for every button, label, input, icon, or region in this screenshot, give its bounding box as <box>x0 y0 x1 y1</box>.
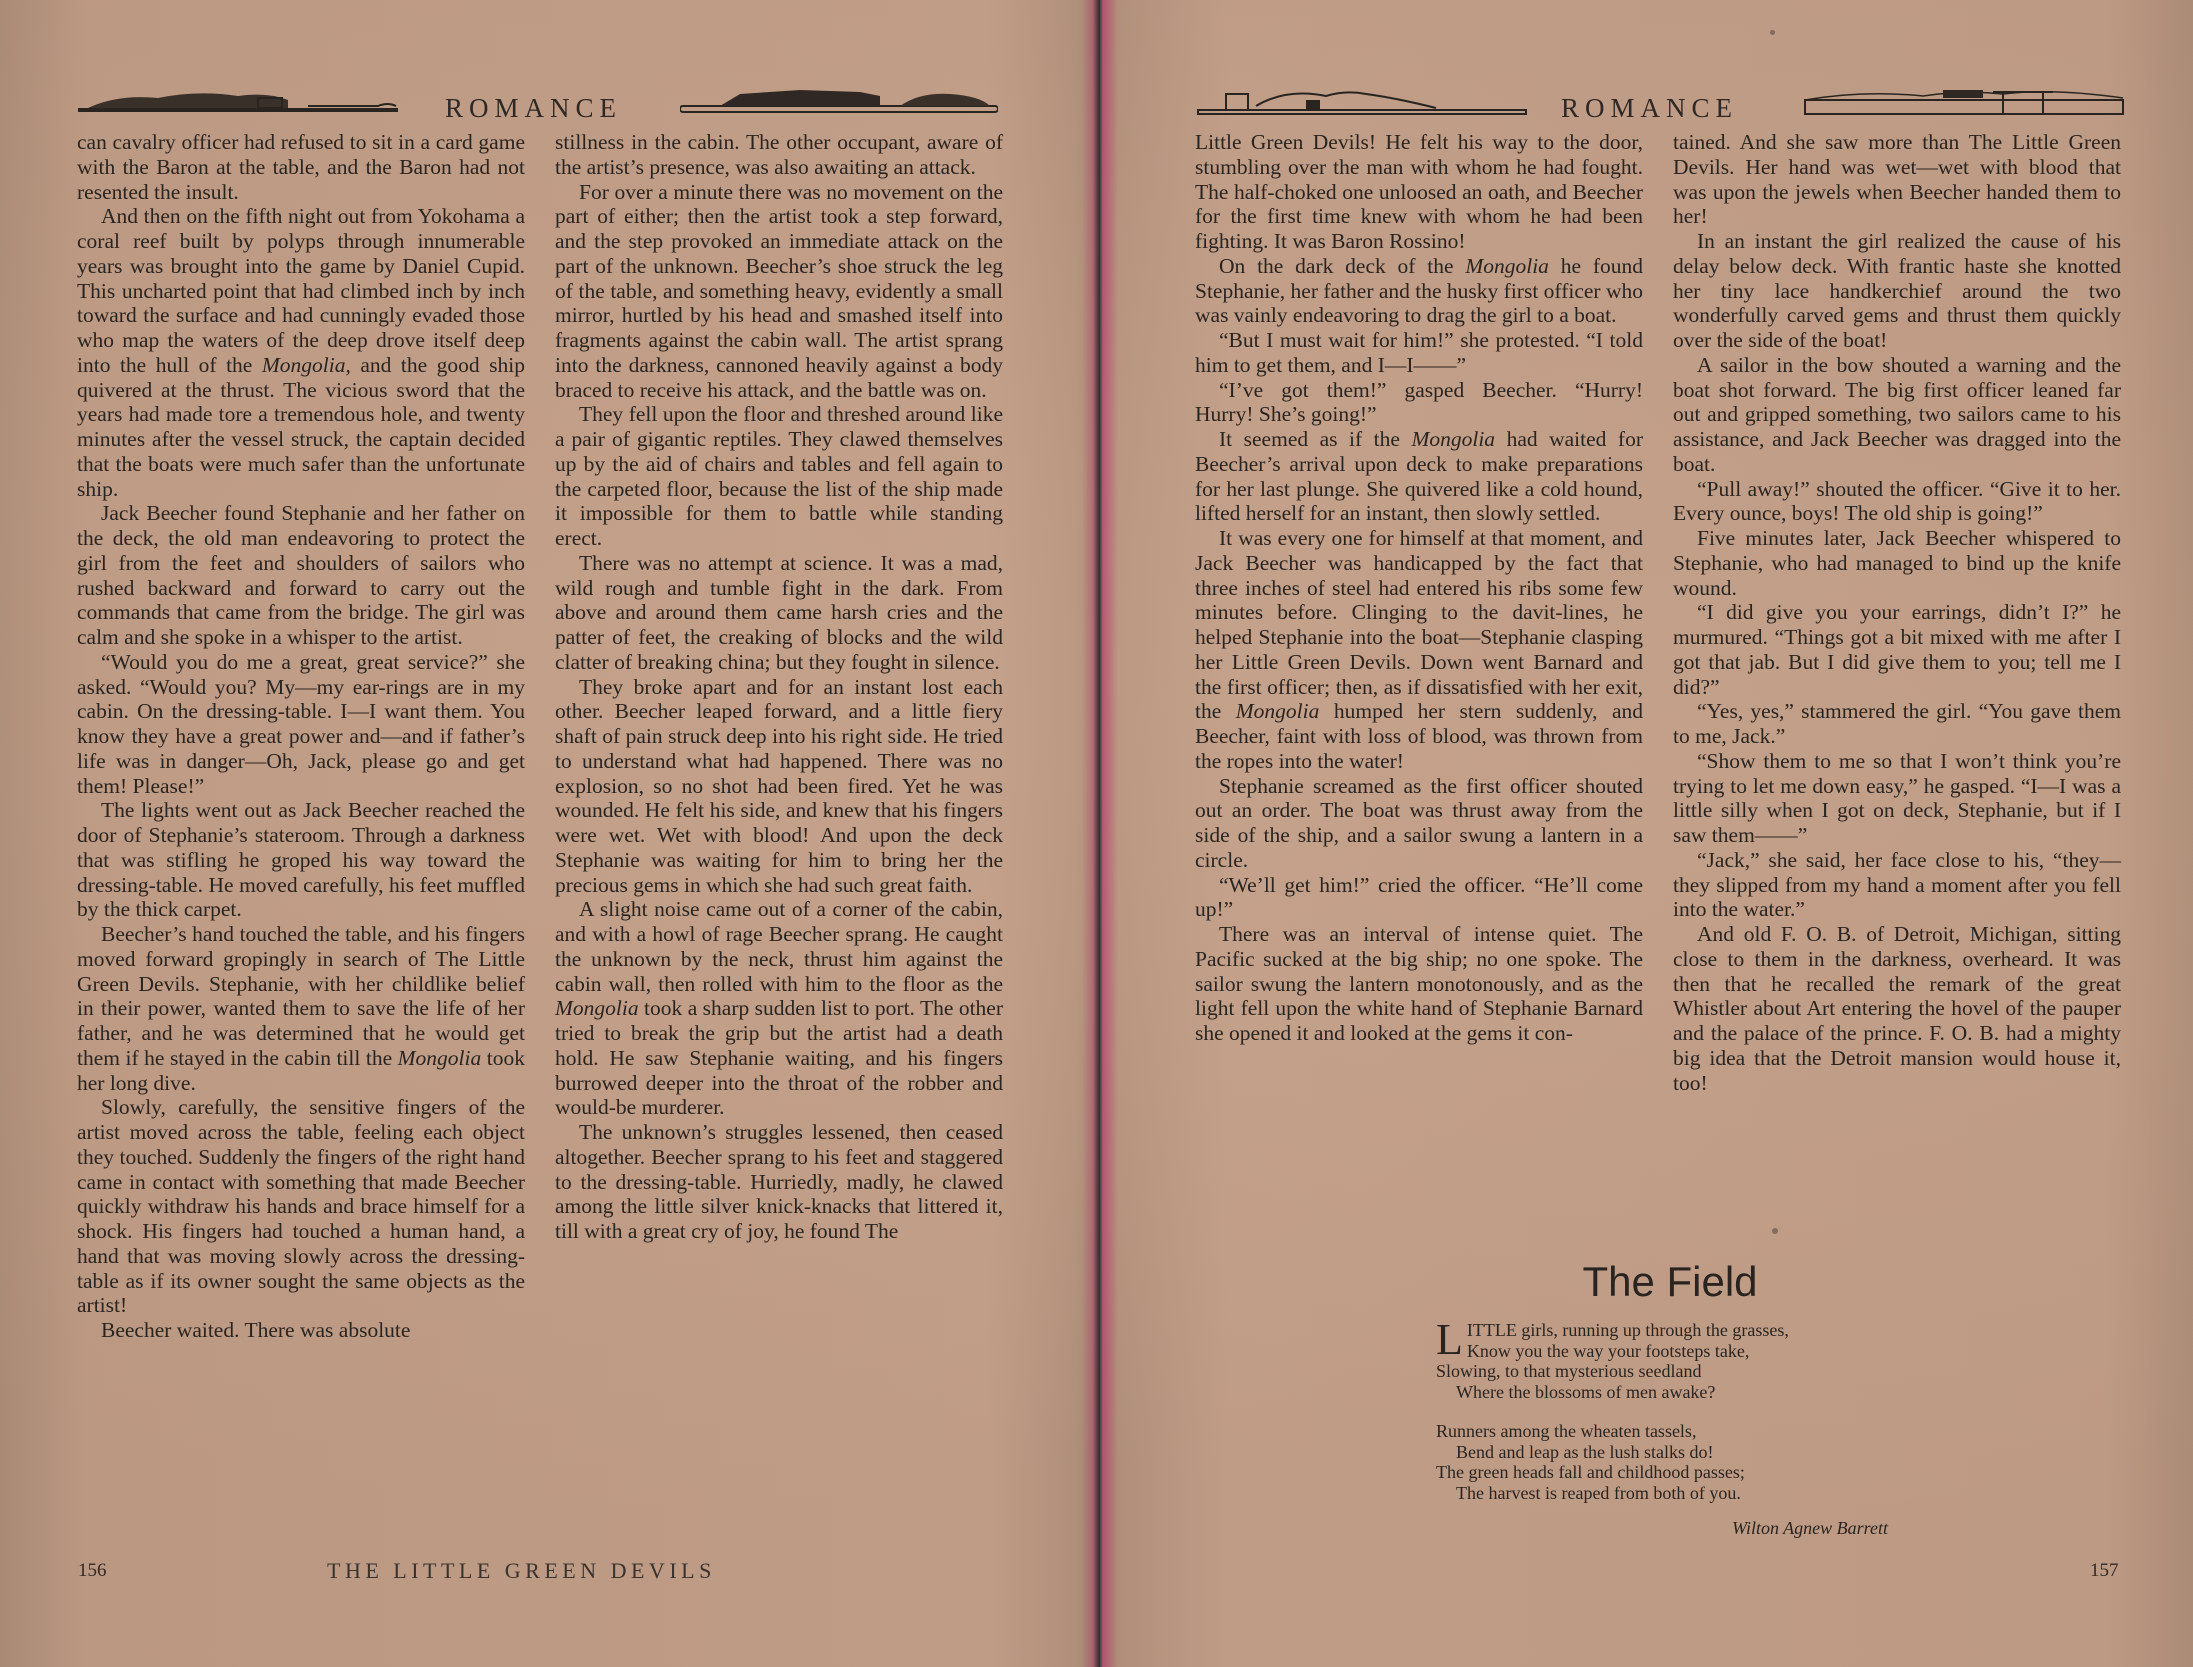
paper-speck <box>1772 1228 1778 1234</box>
paragraph-text: They fell upon the floor and threshed ar… <box>555 402 1003 550</box>
paragraph-text: The lights went out as Jack Beecher reac… <box>77 798 525 921</box>
paragraph-text: For over a minute there was no movement … <box>555 180 1003 402</box>
article-paragraph: The unknown’s struggles lessened, then c… <box>555 1120 1003 1244</box>
article-paragraph: They fell upon the floor and threshed ar… <box>555 402 1003 551</box>
landscape-ornament-icon <box>680 88 998 116</box>
article-paragraph: “I’ve got them!” gasped Beecher. “Hurry!… <box>1195 378 1643 428</box>
article-paragraph: Beecher waited. There was absolute <box>77 1318 525 1343</box>
poem-line: Know you the way your footsteps take, <box>1436 1341 1916 1362</box>
footer-story-title: THE LITTLE GREEN DEVILS <box>327 1558 716 1584</box>
article-paragraph: can cavalry officer had refused to sit i… <box>77 130 525 204</box>
paragraph-text: “Would you do me a great, great service?… <box>77 650 525 798</box>
article-paragraph: The lights went out as Jack Beecher reac… <box>77 798 525 922</box>
paragraph-text: “Yes, yes,” stammered the girl. “You gav… <box>1673 699 2121 748</box>
article-paragraph: Five minutes later, Jack Beecher whisper… <box>1673 526 2121 600</box>
torii-ornament-icon <box>1803 88 2125 116</box>
paragraph-text: “Show them to me so that I won’t think y… <box>1673 749 2121 847</box>
drop-cap: L <box>1436 1322 1463 1358</box>
article-paragraph: “Jack,” she said, her face close to his,… <box>1673 848 2121 922</box>
article-paragraph: tained. And she saw more than The Little… <box>1673 130 2121 229</box>
paragraph-text: “But I must wait for him!” she protested… <box>1195 328 1643 377</box>
paragraph-text: Little Green Devils! He felt his way to … <box>1195 130 1643 253</box>
paragraph-text: stillness in the cabin. The other occupa… <box>555 130 1003 179</box>
paragraph-text: Jack Beecher found Stephanie and her fat… <box>77 501 525 649</box>
article-paragraph: On the dark deck of the Mongolia he foun… <box>1195 254 1643 328</box>
ship-name: Mongolia <box>555 996 639 1020</box>
ship-name: Mongolia <box>1411 427 1495 451</box>
poem-line: The harvest is reaped from both of you. <box>1436 1483 1916 1504</box>
article-column-4: tained. And she saw more than The Little… <box>1673 130 2121 1095</box>
paragraph-text: It seemed as if the <box>1219 427 1411 451</box>
article-paragraph: Slowly, carefully, the sensitive fingers… <box>77 1095 525 1318</box>
poem-stanza-2: Runners among the wheaten tassels, Bend … <box>1436 1421 1916 1503</box>
paragraph-text: “Jack,” she said, her face close to his,… <box>1673 848 2121 922</box>
paragraph-text: A sailor in the bow shouted a warning an… <box>1673 353 2121 476</box>
paragraph-text: “We’ll get him!” cried the officer. “He’… <box>1195 873 1643 922</box>
article-paragraph: There was an interval of intense quiet. … <box>1195 922 1643 1046</box>
article-paragraph: There was no attempt at science. It was … <box>555 551 1003 675</box>
paragraph-text: And then on the fifth night out from Yok… <box>77 204 525 377</box>
paragraph-text: There was an interval of intense quiet. … <box>1195 922 1643 1045</box>
left-page: ROMANCE can cavalry officer had refused … <box>0 0 1082 1667</box>
article-paragraph: “I did give you your earrings, didn’t I?… <box>1673 600 2121 699</box>
article-paragraph: They broke apart and for an instant lost… <box>555 675 1003 898</box>
poem-author: Wilton Agnew Barrett <box>1436 1518 1916 1539</box>
paragraph-text: “I did give you your earrings, didn’t I?… <box>1673 600 2121 698</box>
page-number-right: 157 <box>2090 1560 2119 1582</box>
paragraph-text: Five minutes later, Jack Beecher whisper… <box>1673 526 2121 600</box>
article-paragraph: It was every one for himself at that mom… <box>1195 526 1643 774</box>
article-column-3: Little Green Devils! He felt his way to … <box>1195 130 1643 1046</box>
paper-speck <box>1770 30 1775 35</box>
paragraph-text: Slowly, carefully, the sensitive fingers… <box>77 1095 525 1317</box>
paragraph-text: “I’ve got them!” gasped Beecher. “Hurry!… <box>1195 378 1643 427</box>
poem-line: Slowing, to that mysterious seedland <box>1436 1361 1916 1382</box>
running-head-right: ROMANCE <box>1561 93 1738 123</box>
magazine-spread: ROMANCE can cavalry officer had refused … <box>0 0 2193 1667</box>
page-number-left: 156 <box>78 1560 107 1582</box>
paragraph-text: A slight noise came out of a corner of t… <box>555 897 1003 995</box>
paragraph-text: In an instant the girl realized the caus… <box>1673 229 2121 352</box>
article-paragraph: A slight noise came out of a corner of t… <box>555 897 1003 1120</box>
article-paragraph: “But I must wait for him!” she protested… <box>1195 328 1643 378</box>
poem-title: The Field <box>1560 1258 1780 1306</box>
poem: L ITTLE girls, running up through the gr… <box>1436 1320 1916 1539</box>
landscape-ornament-icon <box>78 88 398 116</box>
article-paragraph: A sailor in the bow shouted a warning an… <box>1673 353 2121 477</box>
ship-name: Mongolia <box>1236 699 1320 723</box>
ship-name: Mongolia <box>398 1046 482 1070</box>
article-paragraph: In an instant the girl realized the caus… <box>1673 229 2121 353</box>
article-paragraph: And then on the fifth night out from Yok… <box>77 204 525 501</box>
poem-line: ITTLE girls, running up through the gras… <box>1436 1320 1916 1341</box>
article-paragraph: Jack Beecher found Stephanie and her fat… <box>77 501 525 650</box>
poem-line: The green heads fall and childhood passe… <box>1436 1462 1916 1483</box>
article-paragraph: “We’ll get him!” cried the officer. “He’… <box>1195 873 1643 923</box>
article-paragraph: Beecher’s hand touched the table, and hi… <box>77 922 525 1095</box>
poem-line: Runners among the wheaten tassels, <box>1436 1421 1916 1442</box>
article-paragraph: stillness in the cabin. The other occupa… <box>555 130 1003 180</box>
book-gutter <box>1082 0 1118 1667</box>
running-head-left: ROMANCE <box>445 93 622 123</box>
paragraph-text: They broke apart and for an instant lost… <box>555 675 1003 897</box>
paragraph-text: There was no attempt at science. It was … <box>555 551 1003 674</box>
article-paragraph: For over a minute there was no movement … <box>555 180 1003 403</box>
paragraph-text: The unknown’s struggles lessened, then c… <box>555 1120 1003 1243</box>
paragraph-text: Beecher waited. There was absolute <box>101 1318 410 1342</box>
article-paragraph: It seemed as if the Mongolia had waited … <box>1195 427 1643 526</box>
paragraph-text: Stephanie screamed as the first officer … <box>1195 774 1643 872</box>
article-column-2: stillness in the cabin. The other occupa… <box>555 130 1003 1244</box>
article-paragraph: “Pull away!” shouted the officer. “Give … <box>1673 477 2121 527</box>
ship-name: Mongolia <box>1465 254 1549 278</box>
paragraph-text: On the dark deck of the <box>1219 254 1465 278</box>
article-paragraph: Stephanie screamed as the first officer … <box>1195 774 1643 873</box>
paragraph-text: It was every one for himself at that mom… <box>1195 526 1643 723</box>
article-column-1: can cavalry officer had refused to sit i… <box>77 130 525 1343</box>
paragraph-text: can cavalry officer had refused to sit i… <box>77 130 525 204</box>
ship-name: Mongolia, <box>262 353 351 377</box>
article-paragraph: And old F. O. B. of Detroit, Michigan, s… <box>1673 922 2121 1095</box>
article-paragraph: “Show them to me so that I won’t think y… <box>1673 749 2121 848</box>
article-paragraph: Little Green Devils! He felt his way to … <box>1195 130 1643 254</box>
poem-stanza-1: L ITTLE girls, running up through the gr… <box>1436 1320 1916 1402</box>
poem-line: Where the blossoms of men awake? <box>1436 1382 1916 1403</box>
paragraph-text: tained. And she saw more than The Little… <box>1673 130 2121 228</box>
landscape-ornament-icon <box>1196 88 1531 116</box>
paragraph-text: And old F. O. B. of Detroit, Michigan, s… <box>1673 922 2121 1095</box>
article-paragraph: “Would you do me a great, great service?… <box>77 650 525 799</box>
paragraph-text: “Pull away!” shouted the officer. “Give … <box>1673 477 2121 526</box>
article-paragraph: “Yes, yes,” stammered the girl. “You gav… <box>1673 699 2121 749</box>
poem-line: Bend and leap as the lush stalks do! <box>1436 1442 1916 1463</box>
